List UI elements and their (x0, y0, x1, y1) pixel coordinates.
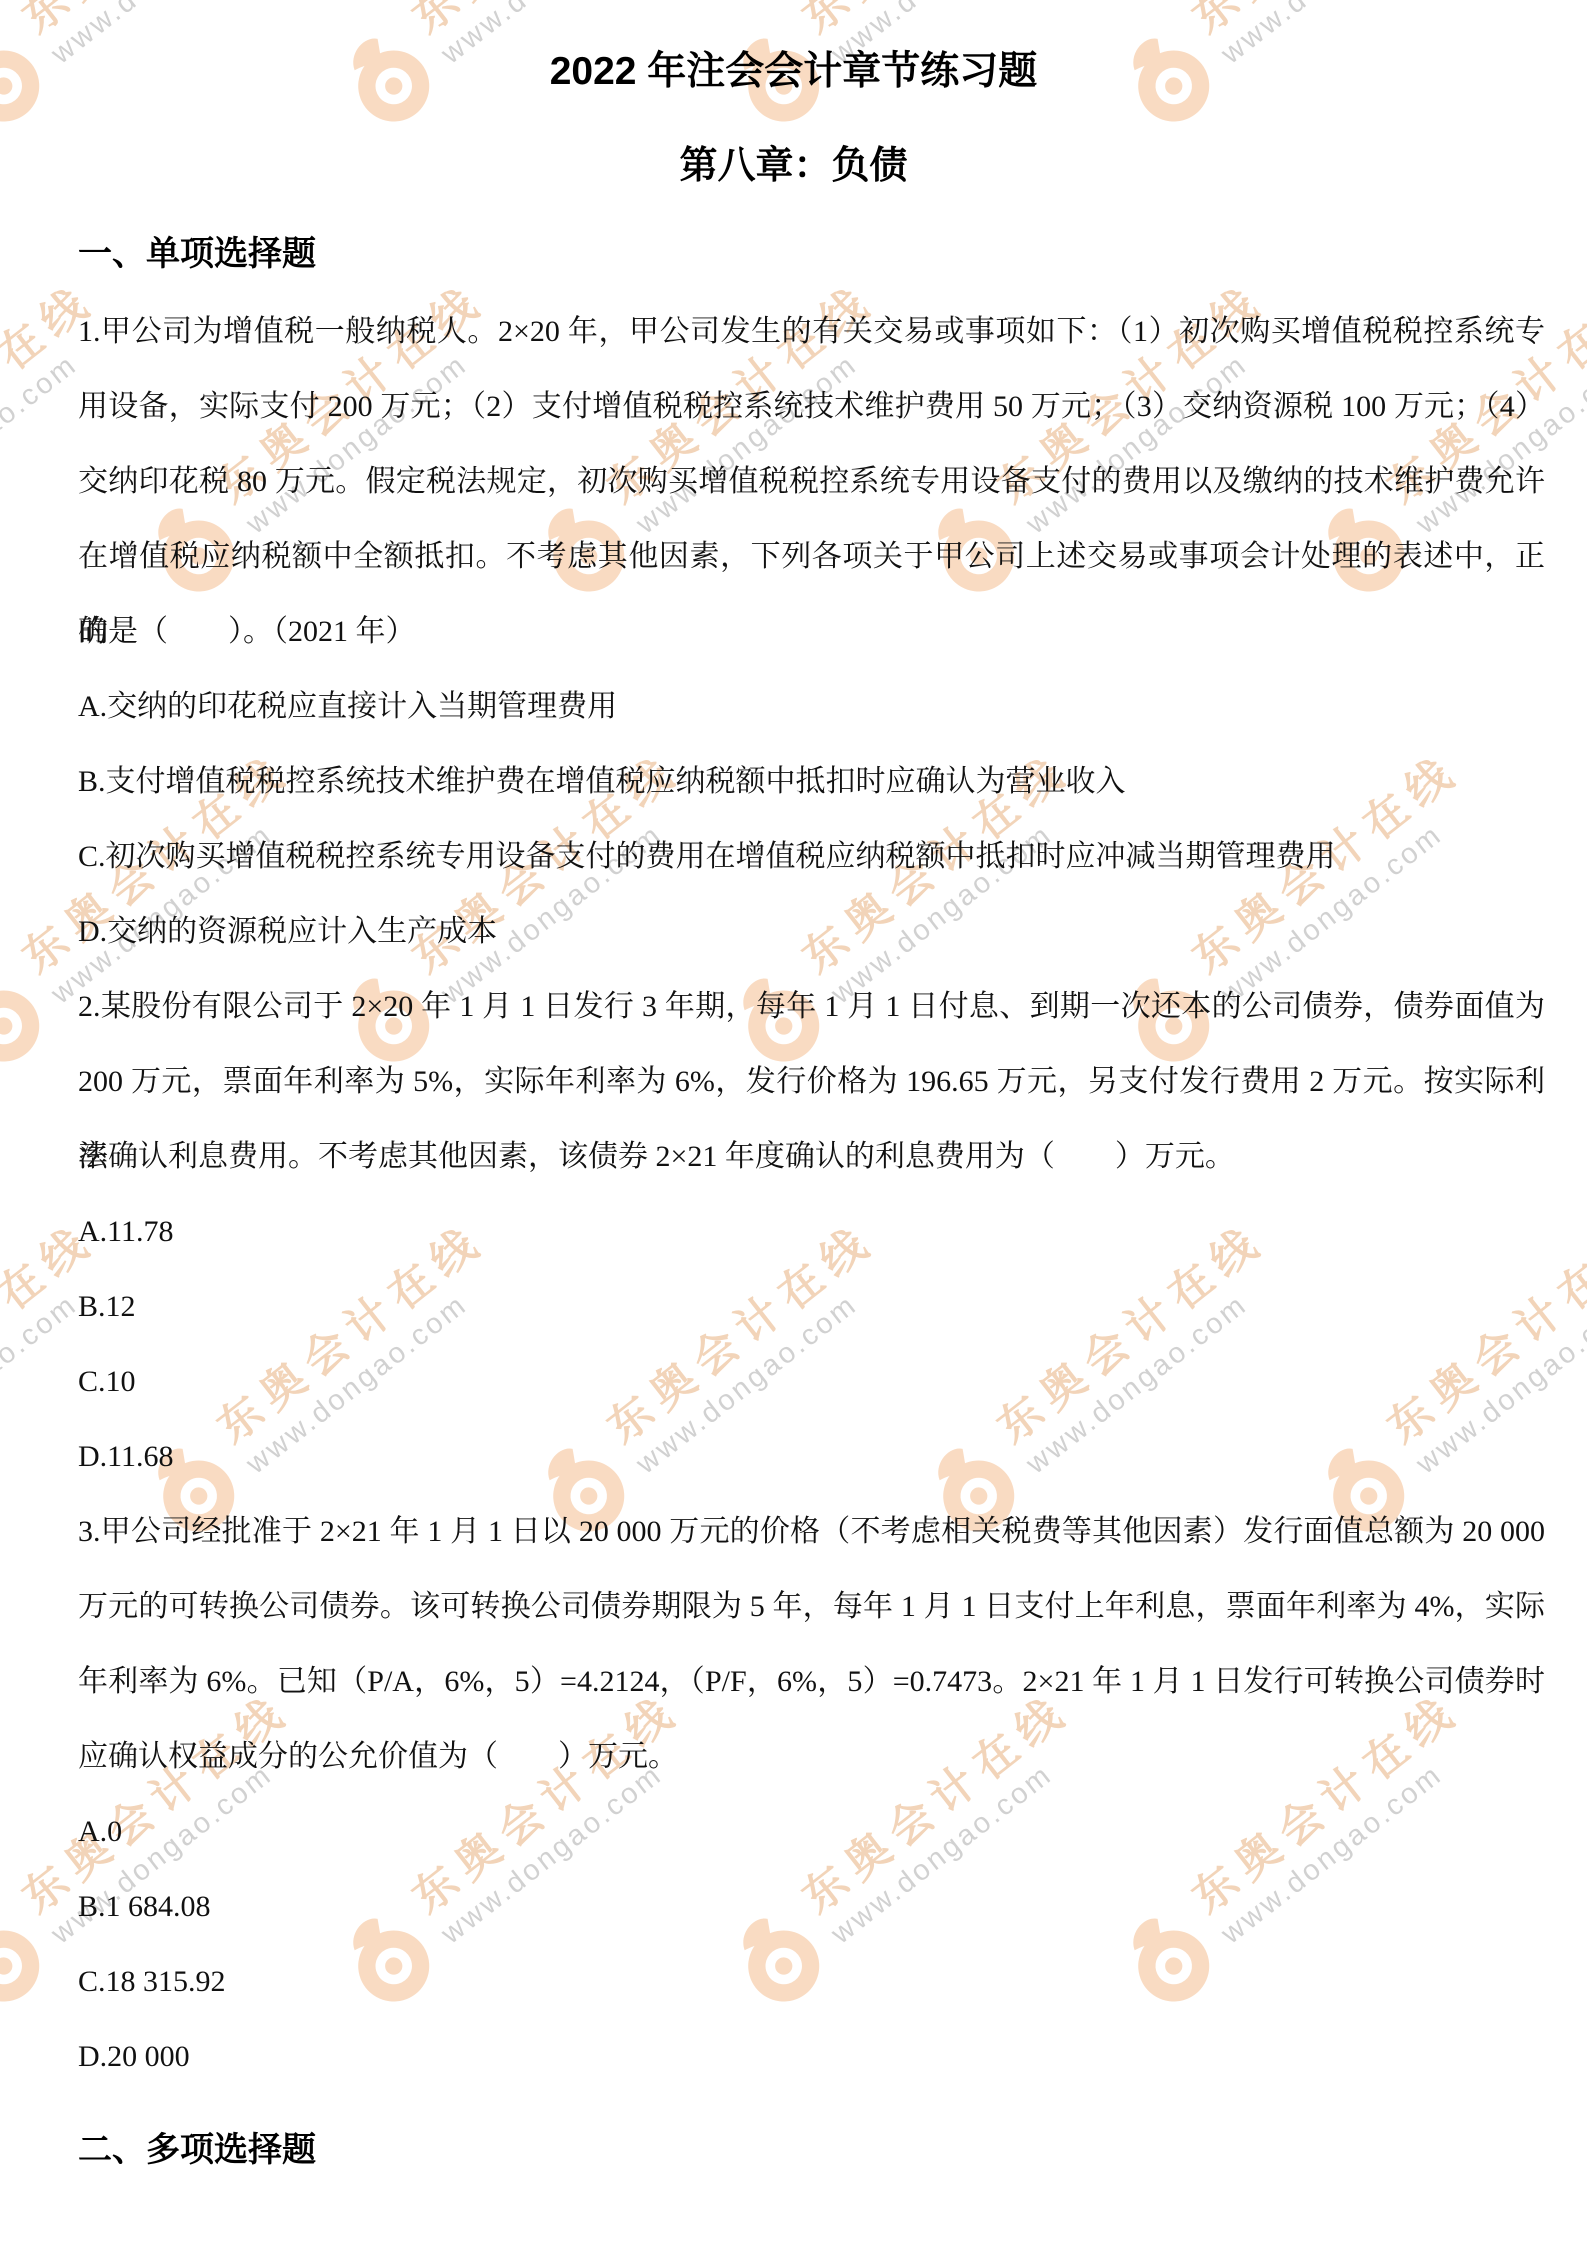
question-2-option-D: D.11.68 (78, 1419, 1545, 1494)
question-3-option-D: D.20 000 (78, 2019, 1545, 2094)
section-heading-1: 一、单项选择题 (78, 228, 1545, 280)
question-1: 1.甲公司为增值税一般纳税人。2×20 年，甲公司发生的有关交易或事项如下：（1… (0, 294, 1587, 969)
question-1-option-B: B.支付增值税税控系统技术维护费在增值税应纳税额中抵扣时应确认为营业收入 (78, 744, 1545, 819)
section-heading-2: 二、多项选择题 (78, 2124, 1545, 2176)
question-3-stem-line-1: 3.甲公司经批准于 2×21 年 1 月 1 日以 20 000 万元的价格（不… (78, 1494, 1545, 1569)
question-1-option-C: C.初次购买增值税税控系统专用设备支付的费用在增值税应纳税额中抵扣时应冲减当期管… (78, 819, 1545, 894)
document-content: 2022 年注会会计章节练习题 第八章：负债 一、单项选择题1.甲公司为增值税一… (0, 0, 1587, 2245)
question-2-option-A: A.11.78 (78, 1194, 1545, 1269)
question-2-stem-line-2: 200 万元，票面年利率为 5%，实际年利率为 6%，发行价格为 196.65 … (78, 1044, 1545, 1119)
question-3: 3.甲公司经批准于 2×21 年 1 月 1 日以 20 000 万元的价格（不… (0, 1494, 1587, 2094)
question-3-stem-line-4: 应确认权益成分的公允价值为（ ）万元。 (78, 1719, 1545, 1794)
question-3-option-C: C.18 315.92 (78, 1944, 1545, 2019)
question-3-stem-line-2: 万元的可转换公司债券。该可转换公司债券期限为 5 年，每年 1 月 1 日支付上… (78, 1569, 1545, 1644)
question-3-option-B: B.1 684.08 (78, 1869, 1545, 1944)
question-2-stem-line-1: 2.某股份有限公司于 2×20 年 1 月 1 日发行 3 年期，每年 1 月 … (78, 969, 1545, 1044)
document-body: 一、单项选择题1.甲公司为增值税一般纳税人。2×20 年，甲公司发生的有关交易或… (0, 228, 1587, 2176)
question-3-stem-line-3: 年利率为 6%。已知（P/A，6%，5）=4.2124，（P/F，6%，5）=0… (78, 1644, 1545, 1719)
question-2-option-B: B.12 (78, 1269, 1545, 1344)
question-2: 2.某股份有限公司于 2×20 年 1 月 1 日发行 3 年期，每年 1 月 … (0, 969, 1587, 1494)
question-1-option-D: D.交纳的资源税应计入生产成本 (78, 894, 1545, 969)
question-1-option-A: A.交纳的印花税应直接计入当期管理费用 (78, 669, 1545, 744)
question-3-option-A: A.0 (78, 1794, 1545, 1869)
question-1-stem-line-5: 的是（ ）。（2021 年） (78, 594, 1545, 669)
chapter-title: 第八章：负债 (0, 134, 1587, 198)
document-title: 2022 年注会会计章节练习题 (0, 40, 1587, 104)
question-2-stem-line-3: 法确认利息费用。不考虑其他因素，该债券 2×21 年度确认的利息费用为（ ）万元… (78, 1119, 1545, 1194)
question-1-stem-line-4: 在增值税应纳税额中全额抵扣。不考虑其他因素，下列各项关于甲公司上述交易或事项会计… (78, 519, 1545, 594)
question-1-stem-line-3: 交纳印花税 80 万元。假定税法规定，初次购买增值税税控系统专用设备支付的费用以… (78, 444, 1545, 519)
question-2-option-C: C.10 (78, 1344, 1545, 1419)
document-page: 东奥会计在线www.dongao.com东奥会计在线www.dongao.com… (0, 0, 1587, 2245)
question-1-stem-line-1: 1.甲公司为增值税一般纳税人。2×20 年，甲公司发生的有关交易或事项如下：（1… (78, 294, 1545, 369)
question-1-stem-line-2: 用设备，实际支付 200 万元；（2）支付增值税税控系统技术维护费用 50 万元… (78, 369, 1545, 444)
